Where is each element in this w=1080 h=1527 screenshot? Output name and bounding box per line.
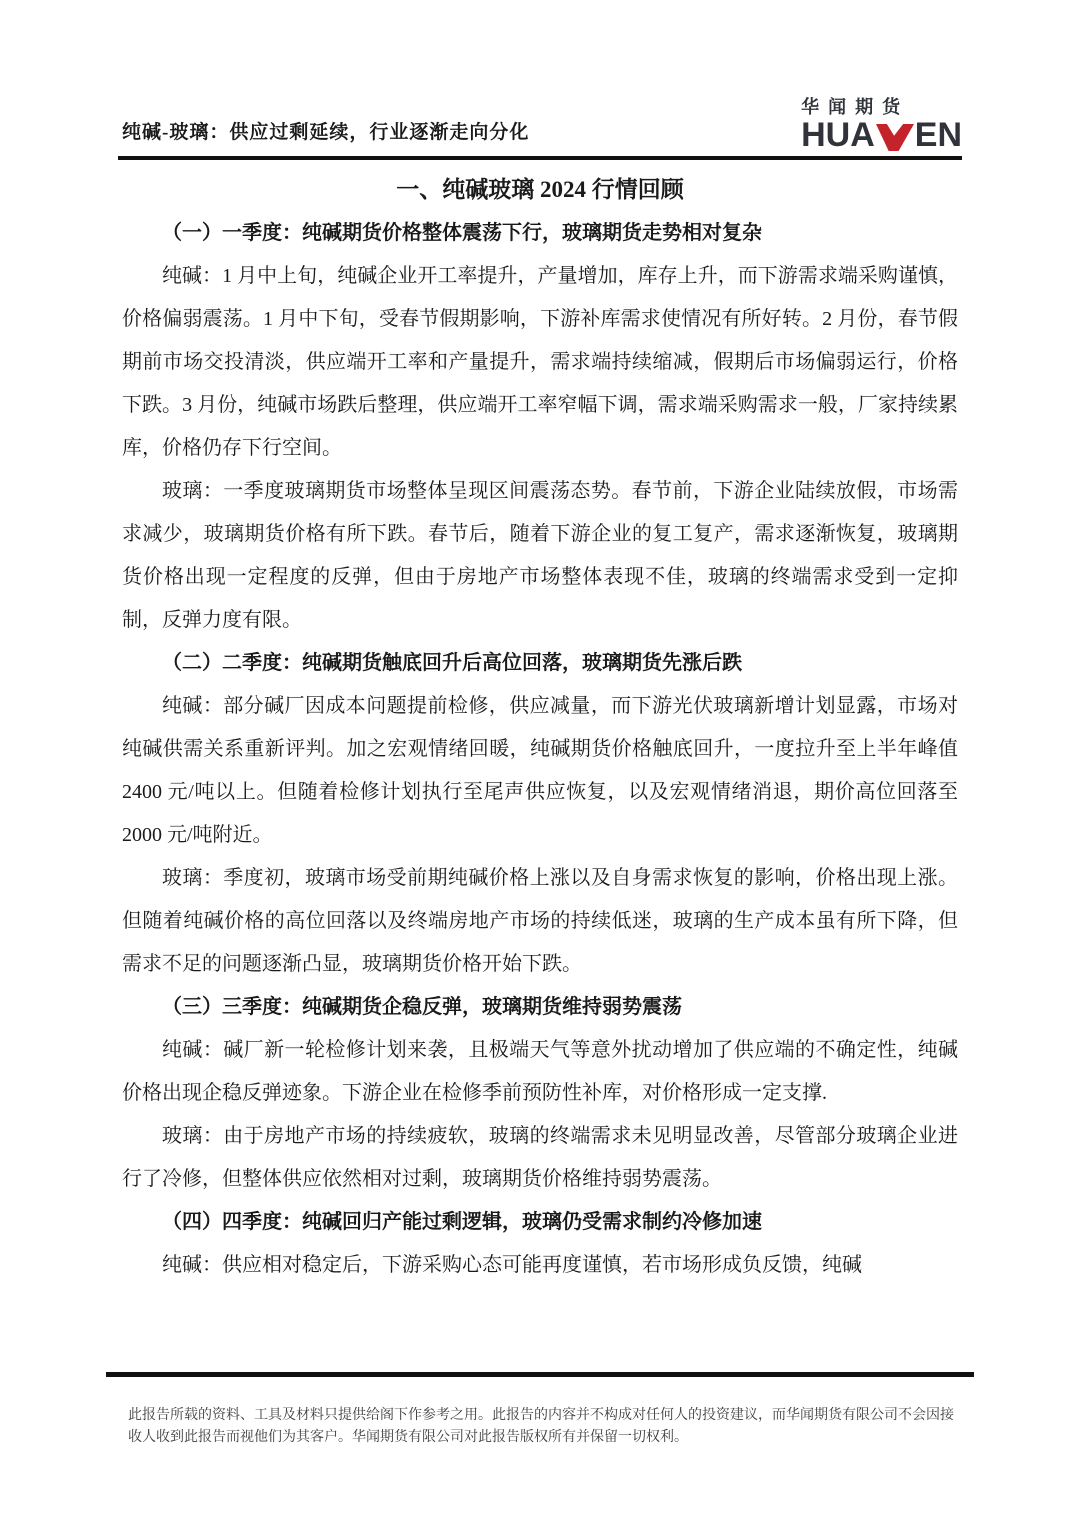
logo-red-w-icon	[876, 124, 914, 151]
paragraph-q3-glass: 玻璃：由于房地产市场的持续疲软，玻璃的终端需求未见明显改善，尽管部分玻璃企业进行…	[122, 1115, 958, 1201]
document-title: 一、纯碱玻璃 2024 行情回顾	[122, 172, 958, 208]
disclaimer-text: 此报告所载的资料、工具及材料只提供给阁下作参考之用。此报告的内容并不构成对任何人…	[128, 1403, 954, 1447]
header-divider	[118, 156, 962, 160]
logo-en-text: EN	[915, 118, 962, 152]
report-page: 纯碱-玻璃：供应过剩延续，行业逐渐走向分化 华闻期货 HUA EN 一、纯碱玻璃…	[0, 0, 1080, 1527]
section-heading-q1: （一）一季度：纯碱期货价格整体震荡下行，玻璃期货走势相对复杂	[122, 212, 958, 255]
logo-latin-name: HUA EN	[801, 118, 962, 152]
paragraph-q1-soda-ash: 纯碱：1 月中上旬，纯碱企业开工率提升，产量增加，库存上升，而下游需求端采购谨慎…	[122, 255, 958, 470]
section-heading-q3: （三）三季度：纯碱期货企稳反弹，玻璃期货维持弱势震荡	[122, 986, 958, 1029]
paragraph-q1-glass: 玻璃：一季度玻璃期货市场整体呈现区间震荡态势。春节前，下游企业陆续放假，市场需求…	[122, 470, 958, 642]
logo-hua-text: HUA	[801, 118, 875, 152]
logo-chinese-name: 华闻期货	[801, 98, 962, 116]
paragraph-q3-soda-ash: 纯碱：碱厂新一轮检修计划来袭，且极端天气等意外扰动增加了供应端的不确定性，纯碱价…	[122, 1029, 958, 1115]
paragraph-q2-glass: 玻璃：季度初，玻璃市场受前期纯碱价格上涨以及自身需求恢复的影响，价格出现上涨。但…	[122, 857, 958, 986]
paragraph-q4-soda-ash: 纯碱：供应相对稳定后，下游采购心态可能再度谨慎，若市场形成负反馈，纯碱	[122, 1244, 958, 1287]
section-heading-q4: （四）四季度：纯碱回归产能过剩逻辑，玻璃仍受需求制约冷修加速	[122, 1201, 958, 1244]
section-heading-q2: （二）二季度：纯碱期货触底回升后高位回落，玻璃期货先涨后跌	[122, 642, 958, 685]
paragraph-q2-soda-ash: 纯碱：部分碱厂因成本问题提前检修，供应减量，而下游光伏玻璃新增计划显露，市场对纯…	[122, 685, 958, 857]
page-header: 纯碱-玻璃：供应过剩延续，行业逐渐走向分化 华闻期货 HUA EN	[0, 98, 1080, 152]
report-header-title: 纯碱-玻璃：供应过剩延续，行业逐渐走向分化	[122, 117, 529, 144]
huawen-logo: 华闻期货 HUA EN	[801, 98, 962, 152]
page-footer: 此报告所载的资料、工具及材料只提供给阁下作参考之用。此报告的内容并不构成对任何人…	[106, 1372, 974, 1527]
report-body: 一、纯碱玻璃 2024 行情回顾 （一）一季度：纯碱期货价格整体震荡下行，玻璃期…	[0, 172, 1080, 1287]
